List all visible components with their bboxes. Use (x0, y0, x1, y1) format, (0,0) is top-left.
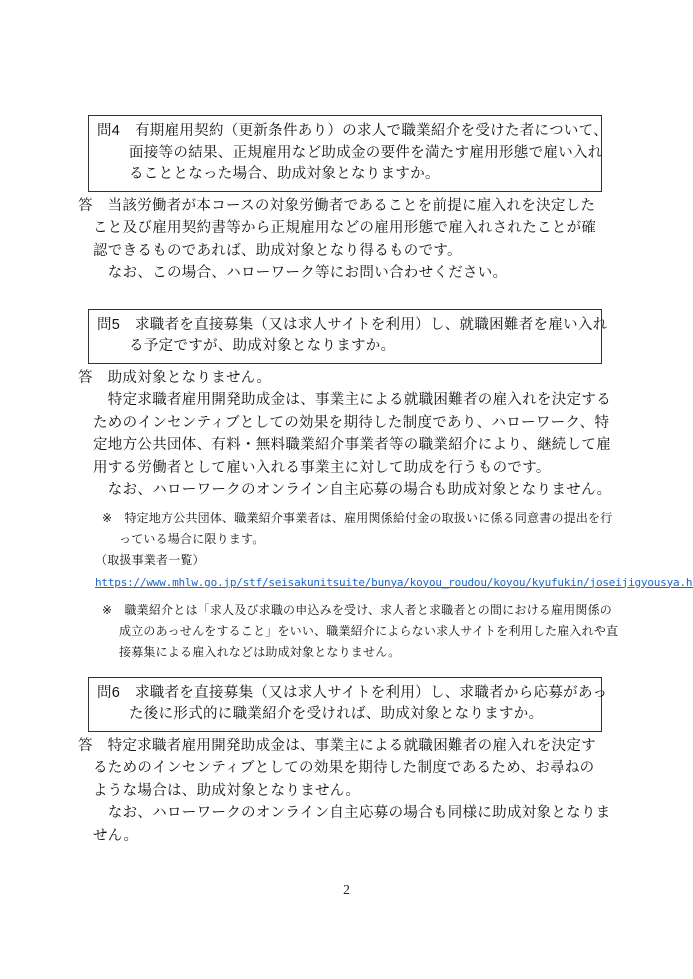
footnote-block-2: ※ 職業紹介とは「求人及び求職の申込みを受け、求人者と求職者との間における雇用関… (95, 600, 615, 663)
question-line: ることとなった場合、助成対象となりますか。 (97, 164, 593, 186)
footnote-line: っている場合に限ります。 (95, 529, 615, 550)
answer-line: るためのインセンティブとしての効果を期待した制度であるため、お尋ねの (78, 757, 615, 780)
qa-section-q6: 問6 求職者を直接募集（又は求人サイトを利用）し、求職者から応募があっ た後に形… (78, 677, 615, 848)
document-content: 問4 有期雇用契約（更新条件あり）の求人で職業紹介を受けた者について、 面接等の… (0, 115, 693, 847)
answer-line: 答 助成対象となりません。 (78, 367, 615, 390)
answer-paragraph-q4: 答 当該労働者が本コースの対象労働者であることを前提に雇入れを決定した こと及び… (78, 195, 615, 285)
answer-line: なお、ハローワークのオンライン自主応募の場合も同様に助成対象となりま (78, 802, 615, 825)
answer-line: 用する労働者として雇い入れる事業主に対して助成を行うものです。 (78, 457, 615, 480)
qa-section-q5: 問5 求職者を直接募集（又は求人サイトを利用）し、就職困難者を雇い入れ る予定で… (78, 309, 615, 663)
footnote-line: （取扱事業者一覧） (95, 550, 615, 571)
answer-line: こと及び雇用契約書等から正規雇用などの雇用形態で雇入れされたことが確 (78, 217, 615, 240)
footnote-line: ※ 特定地方公共団体、職業紹介事業者は、雇用関係給付金の取扱いに係る同意書の提出… (95, 508, 615, 529)
answer-line: なお、ハローワークのオンライン自主応募の場合も助成対象となりません。 (78, 479, 615, 502)
question-line: た後に形式的に職業紹介を受ければ、助成対象となりますか。 (97, 704, 593, 726)
document-page: 問4 有期雇用契約（更新条件あり）の求人で職業紹介を受けた者について、 面接等の… (0, 0, 693, 979)
question-line: 問6 求職者を直接募集（又は求人サイトを利用）し、求職者から応募があっ (97, 683, 593, 705)
question-line: 面接等の結果、正規雇用など助成金の要件を満たす雇用形態で雇い入れ (97, 143, 593, 165)
answer-paragraph-q6: 答 特定求職者雇用開発助成金は、事業主による就職困難者の雇入れを決定す るための… (78, 735, 615, 848)
answer-line: 答 当該労働者が本コースの対象労働者であることを前提に雇入れを決定した (78, 195, 615, 218)
answer-line: なお、この場合、ハローワーク等にお問い合わせください。 (78, 262, 615, 285)
mhlw-link[interactable]: https://www.mhlw.go.jp/stf/seisakunitsui… (95, 576, 693, 589)
page-number: 2 (0, 882, 693, 898)
footnote-line: 成立のあっせんをすること」をいい、職業紹介によらない求人サイトを利用した雇入れや… (95, 621, 615, 642)
question-box-q6: 問6 求職者を直接募集（又は求人サイトを利用）し、求職者から応募があっ た後に形… (88, 677, 602, 732)
answer-line: せん。 (78, 825, 615, 848)
footnote-link-line: https://www.mhlw.go.jp/stf/seisakunitsui… (95, 572, 615, 593)
answer-line: 定地方公共団体、有料・無料職業紹介事業者等の職業紹介により、継続して雇 (78, 434, 615, 457)
question-box-q4: 問4 有期雇用契約（更新条件あり）の求人で職業紹介を受けた者について、 面接等の… (88, 115, 602, 192)
answer-paragraph-q5: 答 助成対象となりません。 特定求職者雇用開発助成金は、事業主による就職困難者の… (78, 367, 615, 502)
answer-line: 認できるものであれば、助成対象となり得るものです。 (78, 240, 615, 263)
footnote-block-1: ※ 特定地方公共団体、職業紹介事業者は、雇用関係給付金の取扱いに係る同意書の提出… (95, 508, 615, 593)
answer-line: 特定求職者雇用開発助成金は、事業主による就職困難者の雇入れを決定する (78, 389, 615, 412)
question-box-q5: 問5 求職者を直接募集（又は求人サイトを利用）し、就職困難者を雇い入れ る予定で… (88, 309, 602, 364)
footnote-line: 接募集による雇入れなどは助成対象となりません。 (95, 642, 615, 663)
answer-line: 答 特定求職者雇用開発助成金は、事業主による就職困難者の雇入れを決定す (78, 735, 615, 758)
answer-line: ためのインセンティブとしての効果を期待した制度であり、ハローワーク、特 (78, 412, 615, 435)
footnote-line: ※ 職業紹介とは「求人及び求職の申込みを受け、求人者と求職者との間における雇用関… (95, 600, 615, 621)
question-line: 問5 求職者を直接募集（又は求人サイトを利用）し、就職困難者を雇い入れ (97, 315, 593, 337)
answer-line: ような場合は、助成対象となりません。 (78, 780, 615, 803)
qa-section-q4: 問4 有期雇用契約（更新条件あり）の求人で職業紹介を受けた者について、 面接等の… (78, 115, 615, 285)
question-line: る予定ですが、助成対象となりますか。 (97, 336, 593, 358)
question-line: 問4 有期雇用契約（更新条件あり）の求人で職業紹介を受けた者について、 (97, 121, 593, 143)
